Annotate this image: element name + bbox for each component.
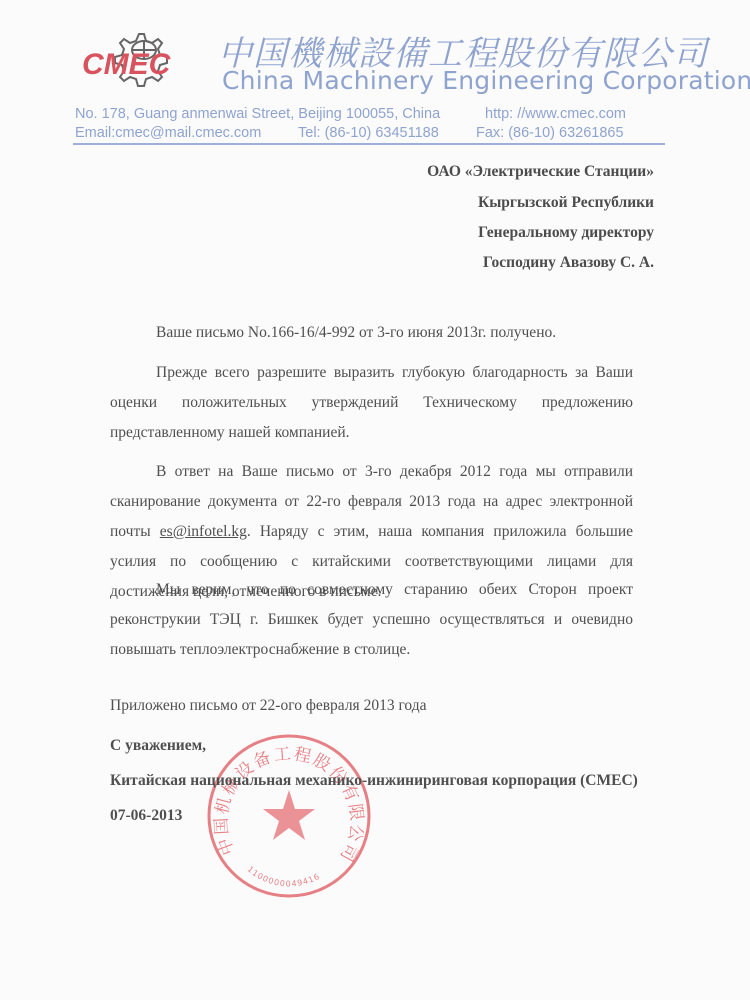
recipient-line-1: ОАО «Электрические Станции»: [427, 163, 654, 181]
attachment-note: Приложено письмо от 22-ого февраля 2013 …: [110, 697, 426, 715]
email-link[interactable]: es@infotel.kg: [160, 523, 247, 540]
cmec-logo: CMEC: [78, 24, 208, 96]
letterhead-divider: [73, 143, 665, 145]
signatory: Китайская национальная механико-инжинири…: [110, 772, 638, 790]
svg-text:1100000049416: 1100000049416: [246, 865, 322, 889]
gear-icon: CMEC: [78, 24, 208, 96]
company-email: Email:cmec@mail.cmec.com: [75, 125, 261, 141]
paragraph-4: Мы верим, что по совместному старанию об…: [110, 575, 633, 665]
recipient-line-4: Господину Авазову С. А.: [483, 254, 654, 272]
company-fax: Fax: (86-10) 63261865: [476, 125, 624, 141]
letter-date: 07-06-2013: [110, 807, 182, 825]
company-address: No. 178, Guang anmenwai Street, Beijing …: [75, 106, 440, 122]
letter-page: CMEC 中国機械設備工程股份有限公司 China Machinery Engi…: [0, 0, 750, 1000]
recipient-line-2: Кыргызской Республики: [478, 194, 654, 212]
star-icon: [263, 790, 315, 840]
paragraph-1: Ваше письмо No.166-16/4-992 от 3-го июня…: [110, 318, 633, 348]
company-seal-stamp: 中国机械设备工程股份有限公司 1100000049416: [205, 732, 373, 900]
recipient-line-3: Генеральному директору: [478, 224, 654, 242]
svg-text:CMEC: CMEC: [82, 48, 172, 81]
company-name-english: China Machinery Engineering Corporation: [222, 66, 750, 95]
paragraph-2: Прежде всего разрешите выразить глубокую…: [110, 358, 633, 448]
company-website: http: //www.cmec.com: [485, 106, 626, 122]
regards: С уважением,: [110, 737, 206, 755]
company-tel: Tel: (86-10) 63451188: [298, 125, 439, 141]
